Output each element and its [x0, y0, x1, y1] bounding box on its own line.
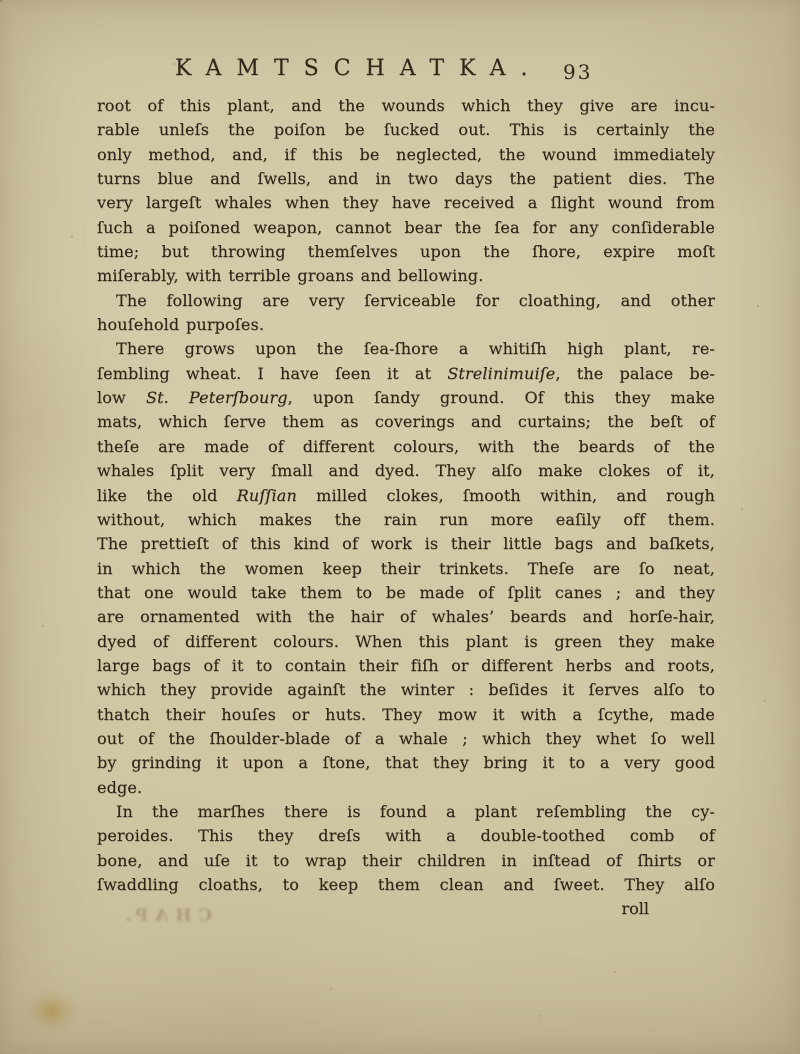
text-line: The following are very ſerviceable for c… [97, 289, 715, 313]
text-line: out of the ſhoulder-blade of a whale ; w… [97, 727, 715, 751]
text-line: dyed of different colours. When this pla… [97, 630, 715, 654]
text-segment: which they provide againſt the winter : … [97, 680, 715, 699]
text-segment: bone, and uſe it to wrap their children … [97, 851, 715, 870]
text-segment: mats, which ſerve them as coverings and … [97, 412, 715, 431]
book-page-scan: KAMTSCHATKA. 93 root of this plant, and … [0, 0, 800, 1054]
text-line: which they provide againſt the winter : … [97, 678, 715, 702]
paragraph: The following are very ſerviceable for c… [97, 289, 715, 338]
text-segment: peroides. This they dreſs with a double-… [97, 826, 715, 845]
text-line: whales ſplit very ſmall and dyed. They a… [97, 459, 715, 483]
text-line: in which the women keep their trinkets. … [97, 557, 715, 581]
text-segment: , the palace be- [555, 364, 715, 383]
text-segment: without, which makes the rain run more e… [97, 510, 715, 529]
text-segment: In the marſhes there is found a plant re… [116, 802, 715, 821]
text-segment: ſwaddling cloaths, to keep them clean an… [97, 875, 715, 894]
text-line: low St. Peterſbourg, upon ſandy ground. … [97, 386, 715, 410]
catchword-row: roll [97, 899, 715, 918]
text-line: ſuch a poiſoned weapon, cannot bear the … [97, 216, 715, 240]
text-segment: dyed of different colours. When this pla… [97, 632, 715, 651]
text-line: In the marſhes there is found a plant re… [97, 800, 715, 824]
text-segment: out of the ſhoulder-blade of a whale ; w… [97, 729, 715, 748]
text-segment: that one would take them to be made of ſ… [97, 583, 715, 602]
text-segment: rable unleſs the poiſon be ſucked out. T… [97, 120, 715, 139]
paragraph: root of this plant, and the wounds which… [97, 94, 715, 289]
text-line: mats, which ſerve them as coverings and … [97, 410, 715, 434]
text-segment: milled clokes, ſmooth within, and rough [297, 486, 715, 505]
text-line: root of this plant, and the wounds which… [97, 94, 715, 118]
text-segment: by grinding it upon a ſtone, that they b… [97, 753, 715, 772]
catchword: roll [621, 899, 649, 918]
text-segment: miſerably, with terrible groans and bell… [97, 266, 483, 285]
text-segment: are ornamented with the hair of whales’ … [97, 607, 715, 626]
text-segment: like the old [97, 486, 237, 505]
text-line: edge. [97, 776, 715, 800]
text-line: peroides. This they dreſs with a double-… [97, 824, 715, 848]
text-line: turns blue and ſwells, and in two days t… [97, 167, 715, 191]
italic-text: St. Peterſbourg [146, 388, 288, 407]
page-number: 93 [563, 60, 592, 84]
text-segment: time; but throwing themſelves upon the ſ… [97, 242, 715, 261]
text-line: without, which makes the rain run more e… [97, 508, 715, 532]
text-line: only method, and, if this be neglected, … [97, 143, 715, 167]
text-segment: root of this plant, and the wounds which… [97, 96, 715, 115]
text-line: ſwaddling cloaths, to keep them clean an… [97, 873, 715, 897]
text-segment: ſembling wheat. I have ſeen it at [97, 364, 447, 383]
text-line: houſehold purpoſes. [97, 313, 715, 337]
paper-specks [0, 0, 2, 2]
text-segment: turns blue and ſwells, and in two days t… [97, 169, 715, 188]
paper-stain [26, 990, 78, 1032]
text-line: ſembling wheat. I have ſeen it at Streli… [97, 362, 715, 386]
text-segment: ſuch a poiſoned weapon, cannot bear the … [97, 218, 715, 237]
paragraph: There grows upon the ſea-ſhore a whitiſh… [97, 337, 715, 800]
text-segment: , upon ſandy ground. Of this they make [288, 388, 715, 407]
text-line: very largeſt whales when they have recei… [97, 191, 715, 215]
text-segment: edge. [97, 778, 142, 797]
text-line: large bags of it to contain their fiſh o… [97, 654, 715, 678]
text-segment: The following are very ſerviceable for c… [116, 291, 715, 310]
text-line: The prettieſt of this kind of work is th… [97, 532, 715, 556]
text-segment: large bags of it to contain their fiſh o… [97, 656, 715, 675]
italic-text: Strelinimuiſe [447, 364, 555, 383]
text-segment: very largeſt whales when they have recei… [97, 193, 715, 212]
text-segment: whales ſplit very ſmall and dyed. They a… [97, 461, 715, 480]
text-line: like the old Ruſſian milled clokes, ſmoo… [97, 484, 715, 508]
text-line: by grinding it upon a ſtone, that they b… [97, 751, 715, 775]
text-segment: There grows upon the ſea-ſhore a whitiſh… [116, 339, 715, 358]
text-line: time; but throwing themſelves upon the ſ… [97, 240, 715, 264]
text-segment: The prettieſt of this kind of work is th… [97, 534, 715, 553]
paragraph: In the marſhes there is found a plant re… [97, 800, 715, 897]
text-line: are ornamented with the hair of whales’ … [97, 605, 715, 629]
text-segment: only method, and, if this be neglected, … [97, 145, 715, 164]
text-segment: in which the women keep their trinkets. … [97, 559, 715, 578]
italic-text: Ruſſian [237, 486, 297, 505]
text-line: theſe are made of different colours, wit… [97, 435, 715, 459]
text-segment: houſehold purpoſes. [97, 315, 264, 334]
text-line: that one would take them to be made of ſ… [97, 581, 715, 605]
text-block: root of this plant, and the wounds which… [97, 94, 715, 897]
running-header-title: KAMTSCHATKA. [175, 56, 543, 81]
scanned-book-page: { "colors": { "paper": "#cfc5a3", "paper… [0, 0, 800, 1054]
text-line: There grows upon the ſea-ſhore a whitiſh… [97, 337, 715, 361]
text-segment: theſe are made of different colours, wit… [97, 437, 715, 456]
text-segment: thatch their houſes or huts. They mow it… [97, 705, 715, 724]
text-line: bone, and uſe it to wrap their children … [97, 849, 715, 873]
text-line: rable unleſs the poiſon be ſucked out. T… [97, 118, 715, 142]
text-line: miſerably, with terrible groans and bell… [97, 264, 715, 288]
text-line: thatch their houſes or huts. They mow it… [97, 703, 715, 727]
text-segment: low [97, 388, 146, 407]
